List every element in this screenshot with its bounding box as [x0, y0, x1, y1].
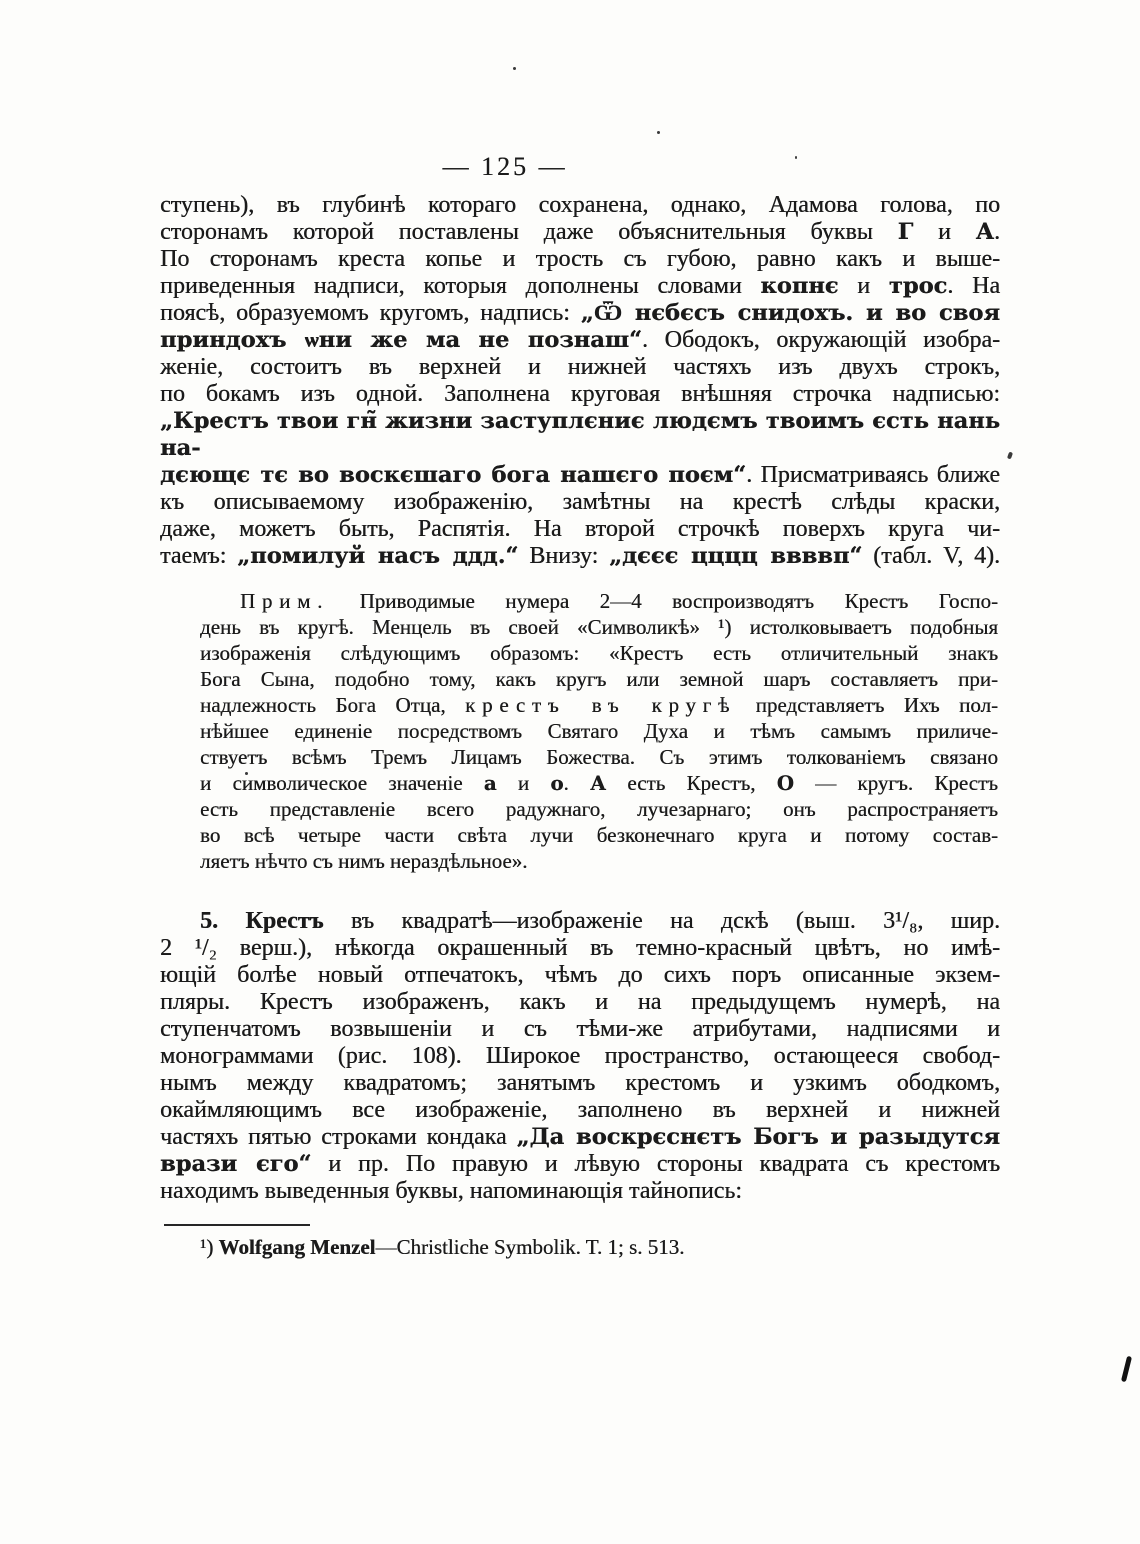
church-slavonic-text: „Да воскрєснєтъ Богъ и разыдутся — [517, 1124, 1000, 1150]
church-slavonic-text: о — [550, 771, 563, 795]
church-slavonic-text: врази єго“ — [160, 1151, 311, 1177]
text-segment: 2 ¹/₂ верш.), нѣкогда окрашенный въ темн… — [160, 935, 1000, 961]
text-segment: ¹) — [200, 1235, 219, 1259]
text-line: сторонамъ которой поставлены даже объясн… — [160, 219, 1000, 246]
text-line: ющій болѣе новый отпечатокъ, чѣмъ до сих… — [160, 962, 1000, 989]
scan-speck — [245, 772, 248, 775]
text-segment: Приводимые нумера 2—4 воспроизводятъ Кре… — [329, 589, 998, 613]
text-segment: ющій болѣе новый отпечатокъ, чѣмъ до сих… — [160, 962, 1000, 988]
text-segment: Бога Сына, подобно тому, какъ кругъ или … — [200, 667, 998, 691]
text-segment: окаймляющимъ все изображеніе, заполнено … — [160, 1097, 1000, 1123]
paragraph-1: ступень), въ глубинѣ котораго сохранена,… — [160, 192, 1000, 570]
text-segment: во всѣ четыре части свѣта лучи безконечн… — [200, 823, 998, 847]
text-segment: приведенныя надписи, которыя дополнены с… — [160, 273, 760, 299]
text-line: По сторонамъ креста копье и трость съ гу… — [160, 246, 1000, 273]
text-segment: сторонамъ которой поставлены даже объясн… — [160, 219, 898, 245]
church-slavonic-text: „Крестъ твои гн̃ жизни заступлєниє людєм… — [160, 408, 1000, 461]
text-segment: Внизу: — [518, 543, 609, 569]
text-line: приведенныя надписи, которыя дополнены с… — [160, 273, 1000, 300]
text-line: изображенія слѣдующимъ образомъ: «Крестъ… — [200, 640, 998, 666]
text-line: есть представленіе всего радужнаго, луче… — [200, 796, 998, 822]
text-segment: женіе, состоитъ въ верхней и нижней част… — [160, 354, 1000, 380]
text-line: къ описываемому изображенію, замѣтны на … — [160, 489, 1000, 516]
bold-text: 5. Крестъ — [200, 908, 324, 934]
text-segment: По сторонамъ креста копье и трость съ гу… — [160, 246, 1000, 272]
text-segment: день въ кругѣ. Менцель въ своей «Символи… — [200, 615, 998, 639]
text-segment: и — [913, 219, 975, 245]
text-segment: и пр. По правую и лѣвую стороны квадрата… — [311, 1151, 1000, 1177]
text-line: приндохъ ѡни же ма не познаш“. Ободокъ, … — [160, 327, 1000, 354]
text-segment: даже, можетъ быть, Распятія. На второй с… — [160, 516, 1000, 542]
text-segment: (табл. V, 4). — [862, 543, 1000, 569]
text-segment: нымъ между квадратомъ; занятымъ крестомъ… — [160, 1070, 1000, 1096]
text-segment: представляетъ Ихъ пол- — [736, 693, 998, 717]
text-segment: ступенчатомъ возвышеніи и съ тѣми-же атр… — [160, 1016, 1000, 1042]
text-line: ступень), въ глубинѣ котораго сохранена,… — [160, 192, 1000, 219]
ink-mark — [1121, 1356, 1132, 1382]
church-slavonic-text: А — [590, 771, 606, 795]
text-line: ствуетъ всѣмъ Тремъ Лицамъ Божества. Съ … — [200, 744, 998, 770]
text-line: ступенчатомъ возвышеніи и съ тѣми-же атр… — [160, 1016, 1000, 1043]
text-segment: и — [497, 771, 551, 795]
text-line: окаймляющимъ все изображеніе, заполнено … — [160, 1097, 1000, 1124]
footnote-separator — [164, 1224, 310, 1226]
text-segment: есть Крестъ, — [606, 771, 777, 795]
text-line: и символическое значеніе а и о. А есть К… — [200, 770, 998, 796]
text-segment: изображенія слѣдующимъ образомъ: «Крестъ… — [200, 641, 998, 665]
text-segment: и символическое значеніе — [200, 771, 484, 795]
text-segment: . Присматриваясь ближе — [746, 462, 1000, 488]
text-segment: находимъ выведенныя буквы, напоминающія … — [160, 1178, 742, 1204]
church-slavonic-text: а — [484, 771, 497, 795]
church-slavonic-text: А — [976, 219, 994, 245]
text-line: ¹) Wolfgang Menzel—Christliche Symbolik.… — [160, 1234, 1000, 1260]
scan-speck — [1007, 452, 1013, 460]
text-segment: монограммами (рис. 108). Широкое простра… — [160, 1043, 1000, 1069]
text-line: Бога Сына, подобно тому, какъ кругъ или … — [200, 666, 998, 692]
church-slavonic-text: трос — [889, 273, 948, 299]
text-line: Прим. Приводимые нумера 2—4 воспроизводя… — [200, 588, 998, 614]
text-segment: . На — [947, 273, 1000, 299]
text-line: во всѣ четыре части свѣта лучи безконечн… — [200, 822, 998, 848]
text-segment: по бокамъ изъ одной. Заполнена круговая … — [160, 381, 1000, 407]
text-segment: . — [994, 219, 1000, 245]
text-line: нѣйшее единеніе посредствомъ Святаго Дух… — [200, 718, 998, 744]
church-slavonic-text: „помилуй насъ ддд.“ — [237, 543, 518, 569]
text-line: даже, можетъ быть, Распятія. На второй с… — [160, 516, 1000, 543]
page-number: — 125 — — [0, 152, 1010, 182]
text-segment: и — [838, 273, 888, 299]
text-segment: ствуетъ всѣмъ Тремъ Лицамъ Божества. Съ … — [200, 745, 998, 769]
scan-speck — [795, 156, 797, 159]
text-line: женіе, состоитъ въ верхней и нижней част… — [160, 354, 1000, 381]
text-line: ляетъ нѣчто съ нимъ нераздѣльное». — [200, 848, 998, 874]
scan-speck — [657, 131, 660, 134]
footnote: ¹) Wolfgang Menzel—Christliche Symbolik.… — [160, 1234, 1000, 1260]
text-segment: . Ободокъ, окружающій изобра- — [642, 327, 1000, 353]
text-segment: нѣйшее единеніе посредствомъ Святаго Дух… — [200, 719, 998, 743]
text-segment: есть представленіе всего радужнаго, луче… — [200, 797, 998, 821]
text-segment: таемъ: — [160, 543, 237, 569]
text-line: находимъ выведенныя буквы, напоминающія … — [160, 1178, 1000, 1205]
text-line: надлежность Бога Отца, крестъ въ кругѣ п… — [200, 692, 998, 718]
text-line: день въ кругѣ. Менцель въ своей «Символи… — [200, 614, 998, 640]
text-line: поясѣ, образуемомъ кругомъ, надпись: „Ѿ … — [160, 300, 1000, 327]
text-line: 5. Крестъ въ квадратѣ—изображеніе на дск… — [160, 908, 1000, 935]
letterspaced-text: Прим. — [240, 589, 329, 613]
church-slavonic-text: копнє — [760, 273, 838, 299]
text-line: „Крестъ твои гн̃ жизни заступлєниє людєм… — [160, 408, 1000, 462]
text-segment: частяхъ пятью строками кондака — [160, 1124, 517, 1150]
scan-speck — [513, 67, 516, 70]
text-segment: —Christliche Symbolik. T. 1; s. 513. — [375, 1235, 684, 1259]
text-line: таемъ: „помилуй насъ ддд.“ Внизу: „дєєє … — [160, 543, 1000, 570]
text-line: врази єго“ и пр. По правую и лѣвую сторо… — [160, 1151, 1000, 1178]
text-line: нымъ между квадратомъ; занятымъ крестомъ… — [160, 1070, 1000, 1097]
text-segment: ступень), въ глубинѣ котораго сохранена,… — [160, 192, 1000, 218]
paragraph-5: 5. Крестъ въ квадратѣ—изображеніе на дск… — [160, 908, 1000, 1205]
text-line: 2 ¹/₂ верш.), нѣкогда окрашенный въ темн… — [160, 935, 1000, 962]
text-line: частяхъ пятью строками кондака „Да воскр… — [160, 1124, 1000, 1151]
text-segment: ляетъ нѣчто съ нимъ нераздѣльное». — [200, 849, 527, 873]
text-segment: надлежность Бога Отца, — [200, 693, 465, 717]
text-line: монограммами (рис. 108). Широкое простра… — [160, 1043, 1000, 1070]
text-segment: поясѣ, образуемомъ кругомъ, надпись: — [160, 300, 581, 326]
text-line: дєющє тє во воскєшаго бога нашєго поєм“.… — [160, 462, 1000, 489]
church-slavonic-text: „Ѿ нєбєсъ снидохъ. и во своя — [581, 300, 1000, 326]
bold-text: Wolfgang Menzel — [219, 1235, 376, 1259]
text-segment: къ описываемому изображенію, замѣтны на … — [160, 489, 1000, 515]
text-segment: въ квадратѣ—изображеніе на дскѣ (выш. 3¹… — [324, 908, 1000, 934]
note-block: Прим. Приводимые нумера 2—4 воспроизводя… — [200, 588, 998, 874]
church-slavonic-text: приндохъ ѡни же ма не познаш“ — [160, 327, 642, 353]
church-slavonic-text: Г — [898, 219, 914, 245]
text-segment: пляры. Крестъ изображенъ, какъ и на пред… — [160, 989, 1000, 1015]
book-page: — 125 — ступень), въ глубинѣ котораго со… — [0, 0, 1140, 1544]
church-slavonic-text: О — [777, 771, 794, 795]
letterspaced-text: крестъ въ кругѣ — [465, 693, 736, 717]
church-slavonic-text: „дєєє цццц ввввп“ — [609, 543, 862, 569]
text-segment: . — [563, 771, 590, 795]
text-line: пляры. Крестъ изображенъ, какъ и на пред… — [160, 989, 1000, 1016]
text-segment: — кругъ. Крестъ — [794, 771, 998, 795]
church-slavonic-text: дєющє тє во воскєшаго бога нашєго поєм“ — [160, 462, 746, 488]
text-line: по бокамъ изъ одной. Заполнена круговая … — [160, 381, 1000, 408]
